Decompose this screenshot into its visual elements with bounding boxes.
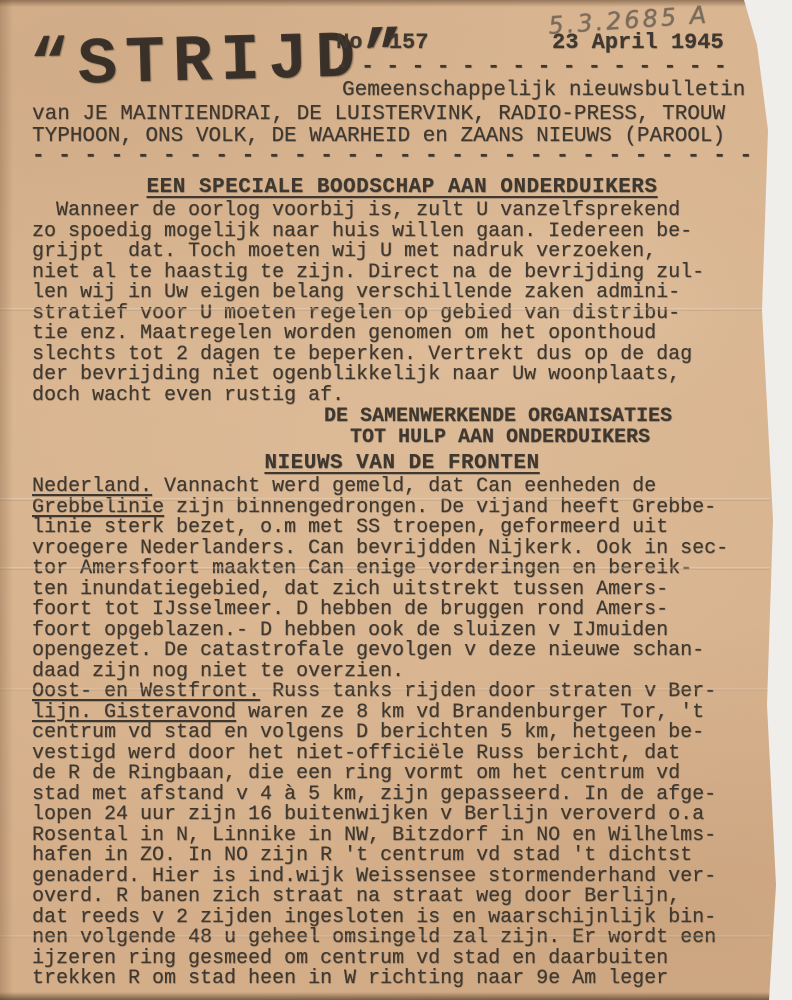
dashed-separator-top: - - - - - - - - - - - - - - - - [336,56,727,79]
masthead-orgs-line1: van JE MAINTIENDRAI, DE LUISTERVINK, RAD… [32,103,725,126]
signature-line-2: TOT HULP AAN ONDERDUIKERS [32,427,772,448]
section-heading-boodschap: EEN SPECIALE BOODSCHAP AAN ONDERDUIKERS [32,176,772,199]
dashed-separator-full: - - - - - - - - - - - - - - - - - - - - … [32,145,779,168]
signature-line-1: DE SAMENWERKENDE ORGANISATIES [32,406,772,427]
paragraph-boodschap: Wanneer de oorlog voorbij is, zult U van… [32,201,772,406]
issue-number: No. 157 [336,30,428,55]
scan-background: 5.3.2685 A “STRIJD” No. 157 23 April 194… [0,0,792,1000]
paragraph-oost-westfront: Oost- en Westfront. Russ tanks rijden do… [32,682,772,990]
masthead-subtitle: Gemeenschappelijk nieuwsbulletin [342,79,745,102]
newsletter-page: 5.3.2685 A “STRIJD” No. 157 23 April 194… [0,0,792,1000]
document-body: EEN SPECIALE BOODSCHAP AAN ONDERDUIKERS … [0,176,792,990]
section-heading-fronten: NIEUWS VAN DE FRONTEN [32,452,772,475]
paragraph-nederland: Nederland. Vannacht werd gemeld, dat Can… [32,477,772,682]
